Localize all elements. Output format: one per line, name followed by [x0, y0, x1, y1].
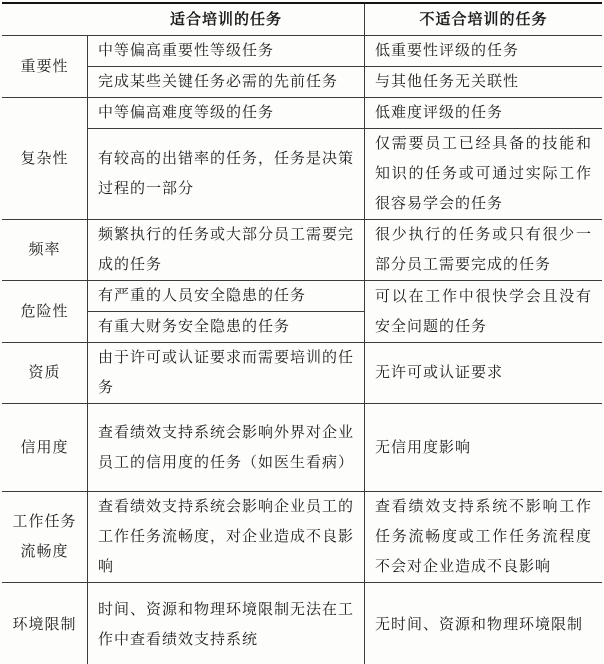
- unsuitable-column-cells: 低重要性评级的任务与其他任务无关联性: [364, 36, 602, 97]
- unsuitable-cell: 无信用度影响: [365, 404, 602, 491]
- unsuitable-cell: 低难度评级的任务: [365, 98, 602, 128]
- row-label: 频率: [2, 220, 87, 280]
- suitable-cell: 有重大财务安全隐患的任务: [88, 311, 364, 342]
- suitable-column-cells: 频繁执行的任务或大部分员工需要完成的任务: [87, 220, 364, 280]
- suitable-column-cells: 查看绩效支持系统会影响企业员工的工作任务流畅度，对企业造成不良影响: [87, 492, 364, 582]
- suitable-cell: 有严重的人员安全隐患的任务: [88, 281, 364, 311]
- header-unsuitable-tasks: 不适合培训的任务: [364, 4, 602, 35]
- header-suitable-tasks: 适合培训的任务: [2, 5, 364, 35]
- row-label: 工作任务 流畅度: [2, 492, 87, 582]
- suitable-cell: 有较高的出错率的任务，任务是决策过程的一部分: [88, 128, 364, 219]
- unsuitable-column-cells: 无信用度影响: [364, 404, 602, 491]
- suitable-column-cells: 查看绩效支持系统会影响外界对企业员工的信用度的任务（如医生看病）: [87, 404, 364, 491]
- unsuitable-cell: 仅需要员工已经具备的技能和知识的任务或可通过实际工作很容易学会的任务: [365, 128, 602, 219]
- unsuitable-column-cells: 可以在工作中很快学会且没有安全问题的任务: [364, 281, 602, 342]
- row-group: 危险性有严重的人员安全隐患的任务有重大财务安全隐患的任务可以在工作中很快学会且没…: [2, 280, 602, 342]
- suitable-column-cells: 时间、资源和物理环境限制无法在工作中查看绩效支持系统: [87, 583, 364, 664]
- row-group: 重要性中等偏高重要性等级任务完成某些关键任务必需的先前任务低重要性评级的任务与其…: [2, 35, 602, 97]
- unsuitable-column-cells: 很少执行的任务或只有很少一部分员工需要完成的任务: [364, 220, 602, 280]
- row-label: 重要性: [2, 36, 87, 97]
- suitable-cell: 完成某些关键任务必需的先前任务: [88, 66, 364, 97]
- row-group: 环境限制时间、资源和物理环境限制无法在工作中查看绩效支持系统无时间、资源和物理环…: [2, 582, 602, 664]
- unsuitable-cell: 无时间、资源和物理环境限制: [365, 583, 602, 664]
- suitable-cell: 查看绩效支持系统会影响企业员工的工作任务流畅度，对企业造成不良影响: [88, 492, 364, 582]
- row-label: 资质: [2, 343, 87, 403]
- row-label: 信用度: [2, 404, 87, 491]
- unsuitable-cell: 查看绩效支持系统不影响工作任务流畅度或工作任务流程度不会对企业造成不良影响: [365, 492, 602, 582]
- suitable-cell: 查看绩效支持系统会影响外界对企业员工的信用度的任务（如医生看病）: [88, 404, 364, 491]
- unsuitable-cell: 无许可或认证要求: [365, 343, 602, 403]
- row-group: 信用度查看绩效支持系统会影响外界对企业员工的信用度的任务（如医生看病）无信用度影…: [2, 403, 602, 491]
- suitable-cell: 由于许可或认证要求而需要培训的任务: [88, 343, 364, 403]
- unsuitable-cell: 很少执行的任务或只有很少一部分员工需要完成的任务: [365, 220, 602, 280]
- table-body: 重要性中等偏高重要性等级任务完成某些关键任务必需的先前任务低重要性评级的任务与其…: [2, 35, 602, 664]
- unsuitable-column-cells: 无许可或认证要求: [364, 343, 602, 403]
- unsuitable-cell: 可以在工作中很快学会且没有安全问题的任务: [365, 281, 602, 342]
- unsuitable-cell: 与其他任务无关联性: [365, 66, 602, 97]
- suitable-column-cells: 中等偏高难度等级的任务有较高的出错率的任务，任务是决策过程的一部分: [87, 98, 364, 219]
- scanned-page: 适合培训的任务 不适合培训的任务 重要性中等偏高重要性等级任务完成某些关键任务必…: [0, 0, 604, 664]
- unsuitable-cell: 低重要性评级的任务: [365, 36, 602, 66]
- row-group: 资质由于许可或认证要求而需要培训的任务无许可或认证要求: [2, 342, 602, 403]
- training-suitability-table: 适合培训的任务 不适合培训的任务 重要性中等偏高重要性等级任务完成某些关键任务必…: [2, 2, 602, 664]
- suitable-column-cells: 由于许可或认证要求而需要培训的任务: [87, 343, 364, 403]
- unsuitable-column-cells: 无时间、资源和物理环境限制: [364, 583, 602, 664]
- row-label: 复杂性: [2, 98, 87, 219]
- unsuitable-column-cells: 低难度评级的任务仅需要员工已经具备的技能和知识的任务或可通过实际工作很容易学会的…: [364, 98, 602, 219]
- unsuitable-column-cells: 查看绩效支持系统不影响工作任务流畅度或工作任务流程度不会对企业造成不良影响: [364, 492, 602, 582]
- suitable-cell: 中等偏高重要性等级任务: [88, 36, 364, 66]
- row-label: 环境限制: [2, 583, 87, 664]
- row-group: 复杂性中等偏高难度等级的任务有较高的出错率的任务，任务是决策过程的一部分低难度评…: [2, 97, 602, 219]
- row-label: 危险性: [2, 281, 87, 342]
- suitable-cell: 中等偏高难度等级的任务: [88, 98, 364, 128]
- row-group: 频率频繁执行的任务或大部分员工需要完成的任务很少执行的任务或只有很少一部分员工需…: [2, 219, 602, 280]
- suitable-column-cells: 中等偏高重要性等级任务完成某些关键任务必需的先前任务: [87, 36, 364, 97]
- suitable-column-cells: 有严重的人员安全隐患的任务有重大财务安全隐患的任务: [87, 281, 364, 342]
- table-header-row: 适合培训的任务 不适合培训的任务: [2, 4, 602, 35]
- suitable-cell: 时间、资源和物理环境限制无法在工作中查看绩效支持系统: [88, 583, 364, 664]
- row-group: 工作任务 流畅度查看绩效支持系统会影响企业员工的工作任务流畅度，对企业造成不良影…: [2, 491, 602, 582]
- suitable-cell: 频繁执行的任务或大部分员工需要完成的任务: [88, 220, 364, 280]
